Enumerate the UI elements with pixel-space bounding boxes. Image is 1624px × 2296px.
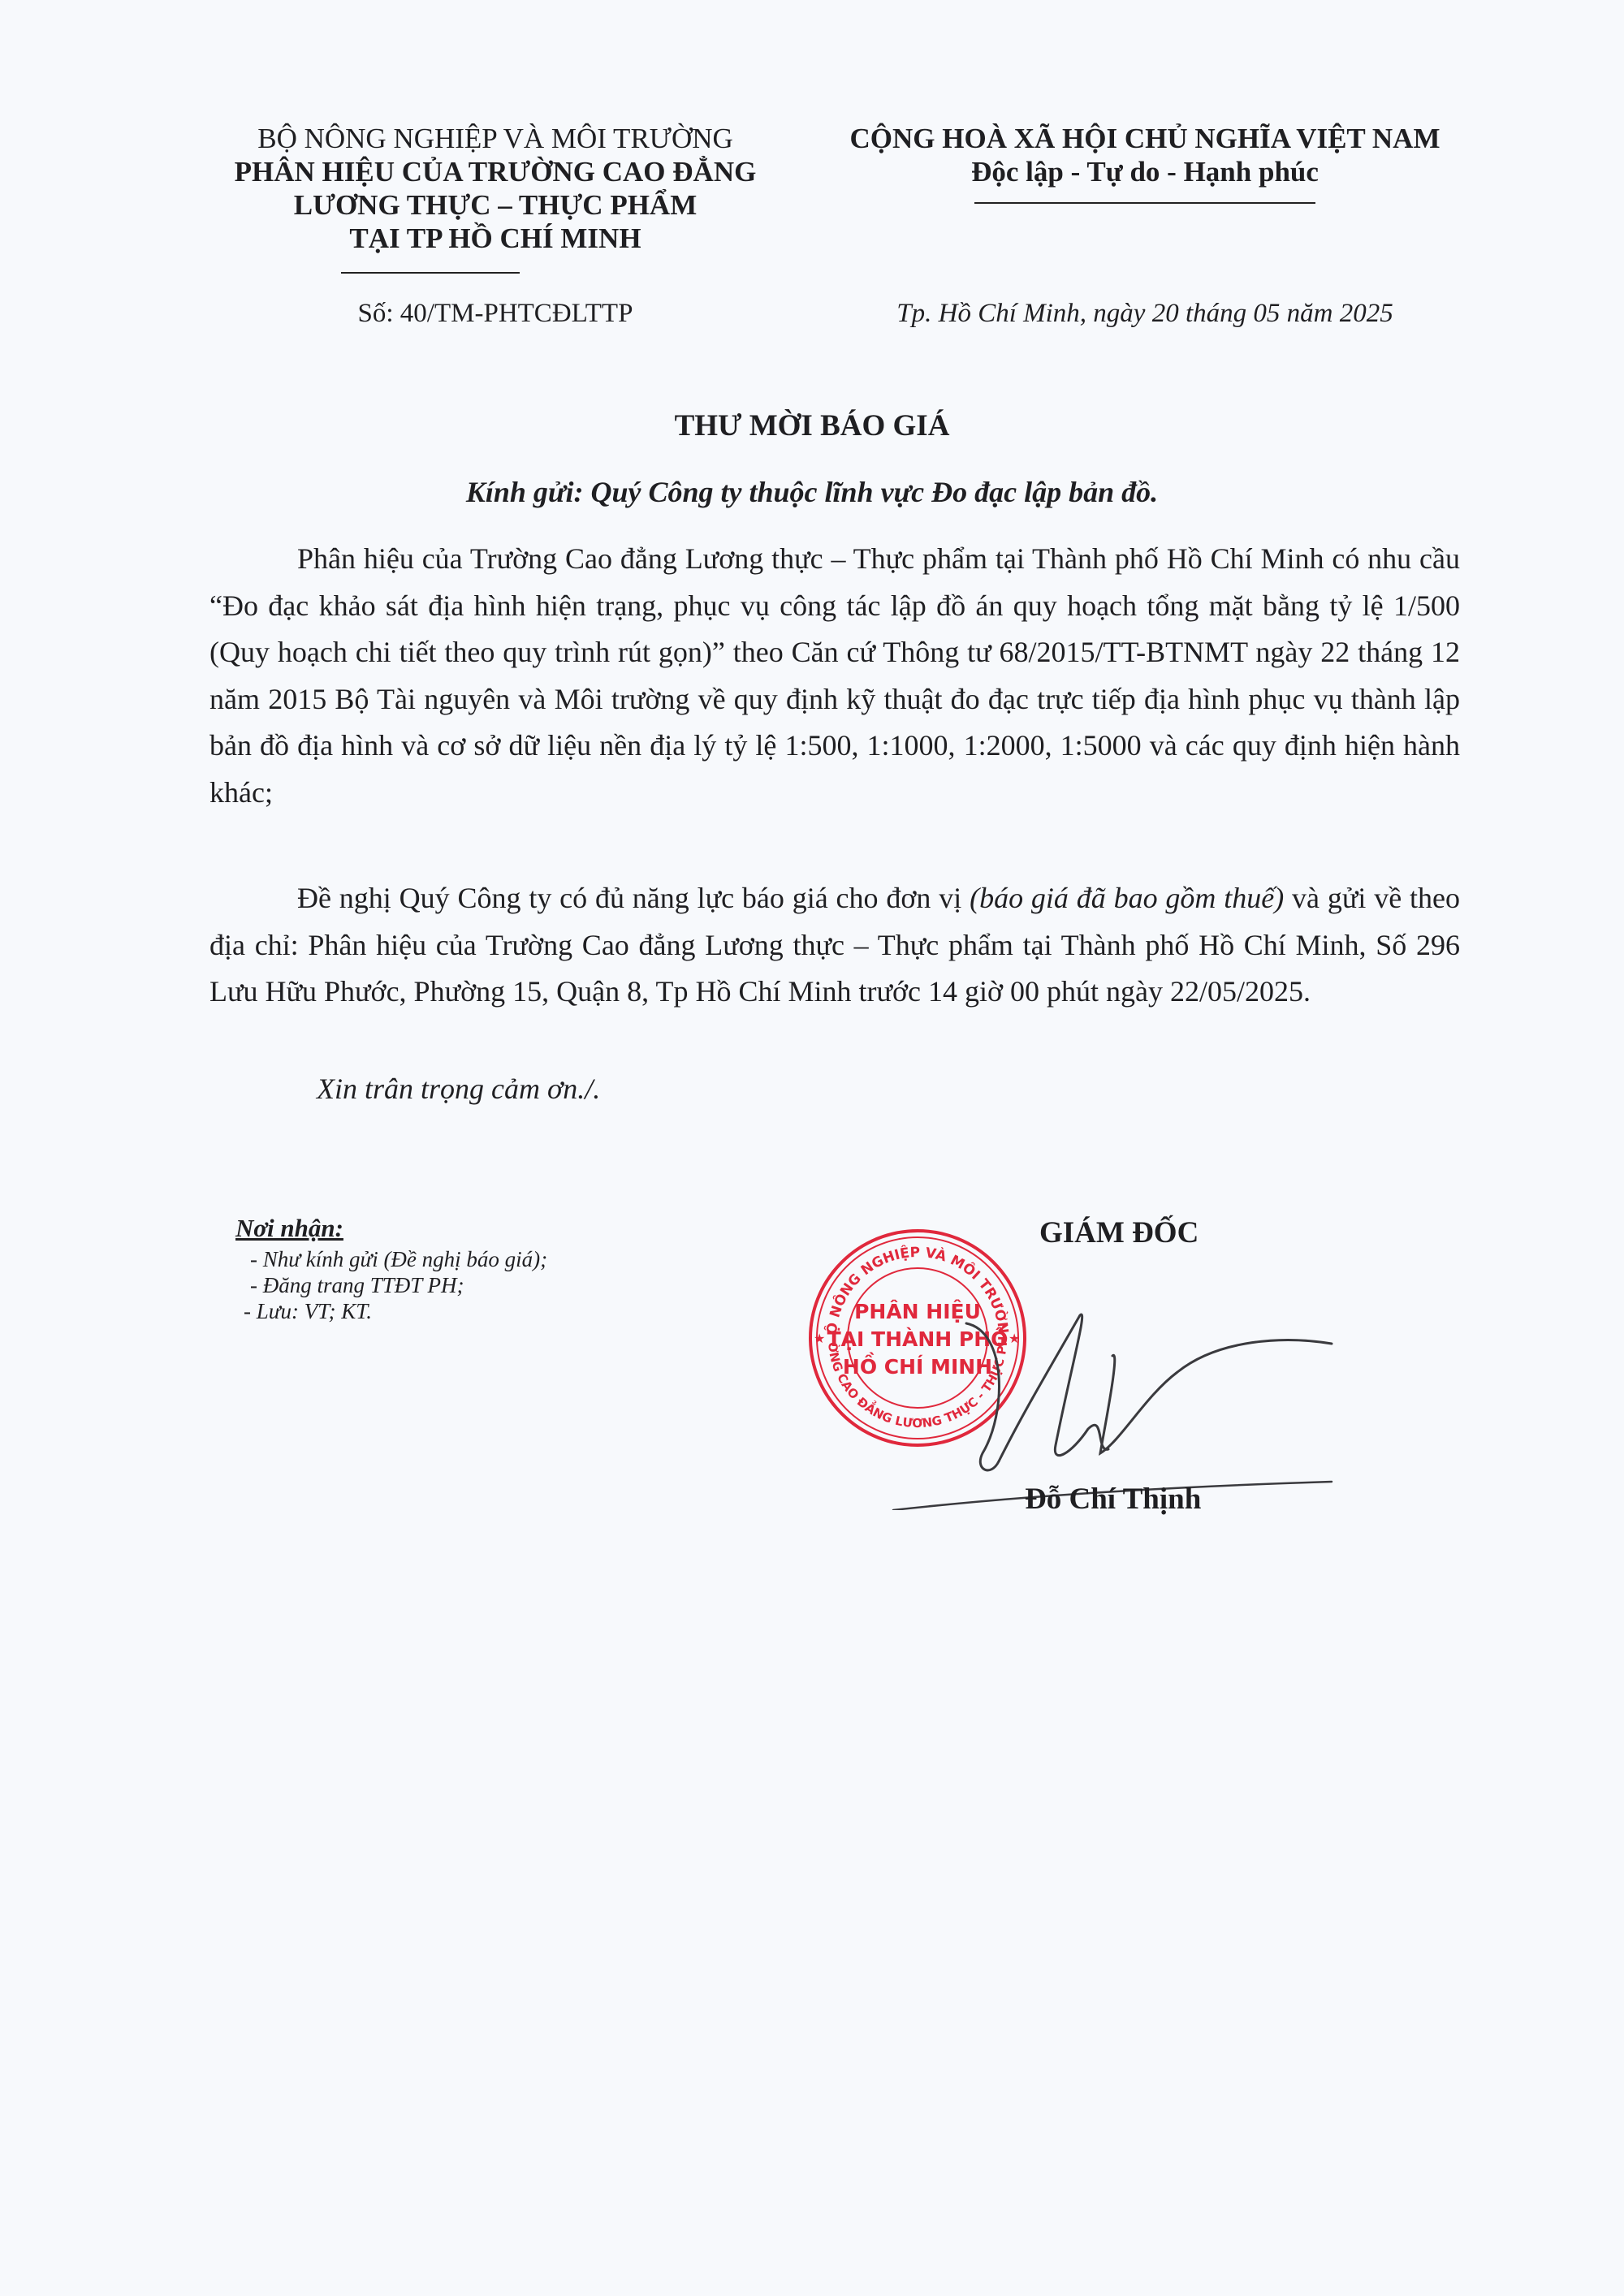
body-paragraph-2: Đề nghị Quý Công ty có đủ năng lực báo g… [209, 875, 1460, 1016]
closing-line: Xin trân trọng cảm ơn./. [317, 1072, 600, 1106]
recipients-heading: Nơi nhận: [235, 1214, 343, 1243]
issuing-authority: BỘ NÔNG NGHIỆP VÀ MÔI TRƯỜNG PHÂN HIỆU C… [187, 122, 804, 255]
p2-italic-note: (báo giá đã bao gồm thuế) [970, 882, 1284, 914]
recipient-item: - Lưu: VT; KT. [244, 1298, 547, 1324]
body-paragraph-1: Phân hiệu của Trường Cao đẳng Lương thực… [209, 536, 1460, 816]
p2-text-a: Đề nghị Quý Công ty có đủ năng lực báo g… [297, 882, 970, 914]
svg-text:★: ★ [814, 1331, 825, 1346]
ministry-name: BỘ NÔNG NGHIỆP VÀ MÔI TRƯỜNG [187, 122, 804, 155]
recipients-list: - Như kính gửi (Đề nghị báo giá); - Đăng… [244, 1246, 547, 1324]
national-title: CỘNG HOÀ XÃ HỘI CHỦ NGHĨA VIỆT NAM [796, 122, 1494, 155]
signer-name: Đỗ Chí Thịnh [1025, 1482, 1201, 1517]
header-right-divider [974, 202, 1315, 204]
org-name-line1: PHÂN HIỆU CỦA TRƯỜNG CAO ĐẲNG [187, 155, 804, 188]
recipient-line: Kính gửi: Quý Công ty thuộc lĩnh vực Đo … [0, 475, 1624, 509]
recipient-item: - Đăng trang TTĐT PH; [244, 1272, 547, 1298]
place-date: Tp. Hồ Chí Minh, ngày 20 tháng 05 năm 20… [796, 299, 1494, 329]
org-name-line2: LƯƠNG THỰC – THỰC PHẨM [187, 188, 804, 222]
org-name-line3: TẠI TP HỒ CHÍ MINH [187, 222, 804, 255]
signer-position: GIÁM ĐỐC [1039, 1215, 1199, 1250]
handwritten-signature [877, 1267, 1348, 1510]
recipient-item: - Như kính gửi (Đề nghị báo giá); [244, 1246, 547, 1272]
document-title: THƯ MỜI BÁO GIÁ [0, 408, 1624, 443]
header-left-divider [341, 272, 520, 274]
national-motto: Độc lập - Tự do - Hạnh phúc [796, 155, 1494, 188]
document-number: Số: 40/TM-PHTCĐLTTP [187, 299, 804, 329]
national-header: CỘNG HOÀ XÃ HỘI CHỦ NGHĨA VIỆT NAM Độc l… [796, 122, 1494, 188]
